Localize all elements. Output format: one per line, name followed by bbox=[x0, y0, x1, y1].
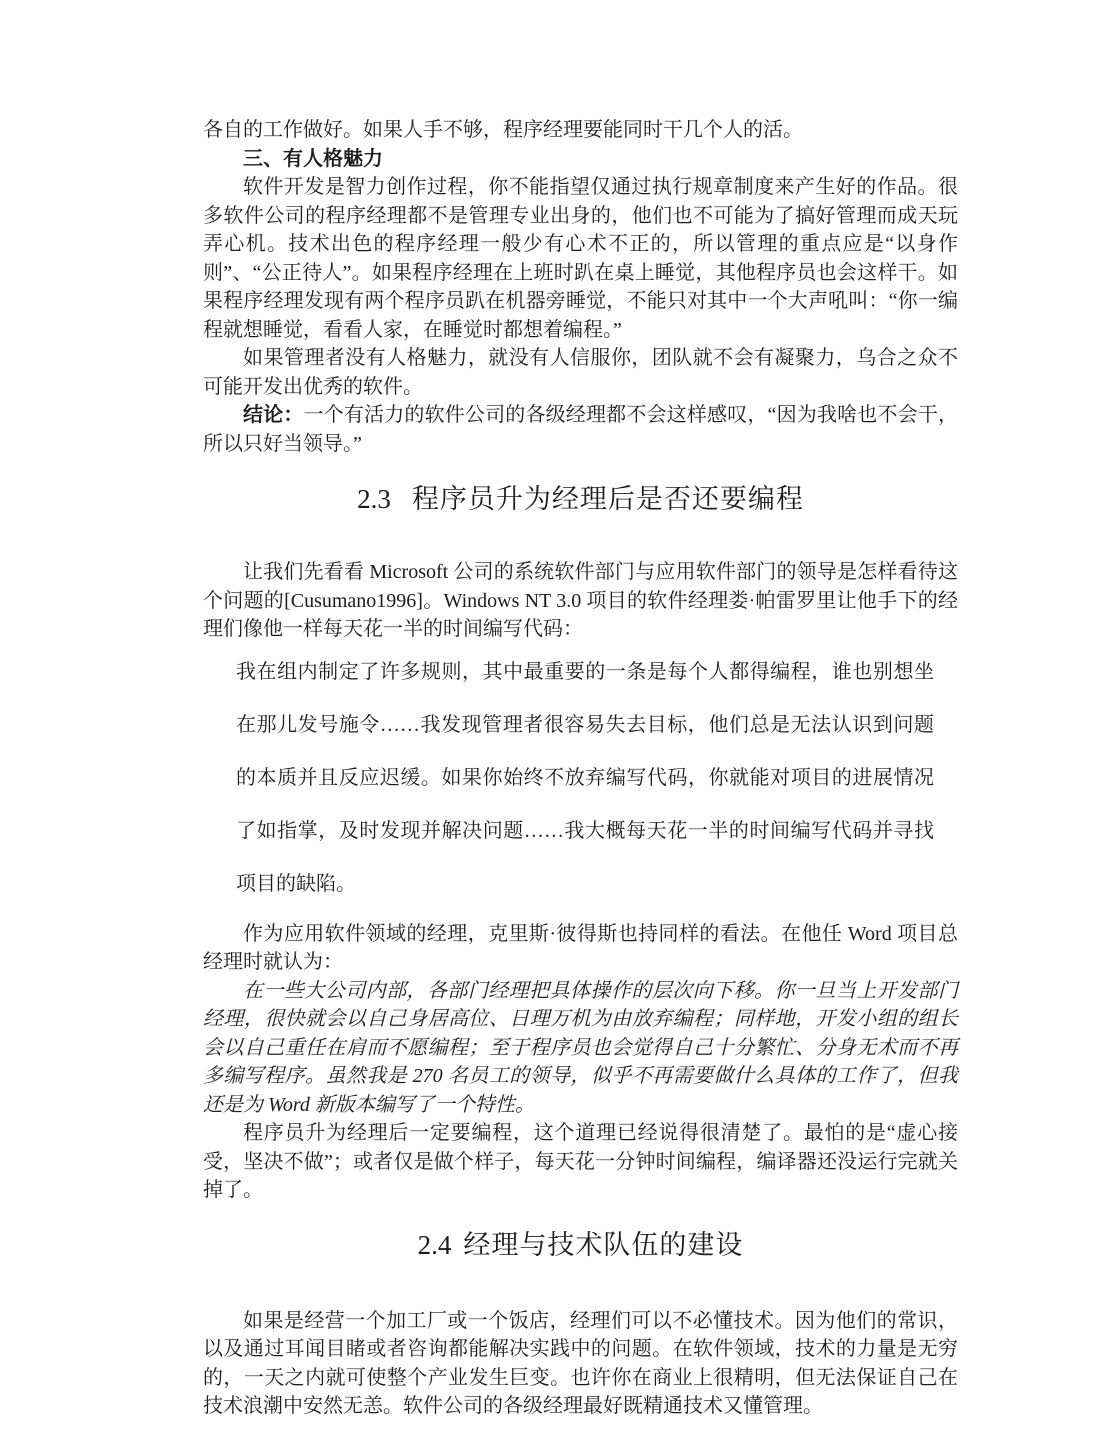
section-title-2-3: 程序员升为经理后是否还要编程 bbox=[412, 484, 804, 514]
bold-subheading-personality: 三、有人格魅力 bbox=[203, 145, 958, 174]
text-column: 各自的工作做好。如果人手不够，程序经理要能同时干几个人的活。 三、有人格魅力 软… bbox=[203, 116, 958, 1421]
section-heading-2-3: 2.3程序员升为经理后是否还要编程 bbox=[203, 483, 958, 515]
paragraph-continuation: 各自的工作做好。如果人手不够，程序经理要能同时干几个人的活。 bbox=[203, 116, 958, 145]
section-title-2-4: 经理与技术队伍的建设 bbox=[463, 1230, 743, 1260]
section-number-2-3: 2.3 bbox=[357, 484, 391, 514]
section-number-2-4: 2.4 bbox=[418, 1230, 452, 1260]
conclusion-text: 一个有活力的软件公司的各级经理都不会这样感叹，“因为我啥也不会干，所以只好当领导… bbox=[203, 404, 958, 455]
paragraph-software-creation: 软件开发是智力创作过程，你不能指望仅通过执行规章制度来产生好的作品。很多软件公司… bbox=[203, 173, 958, 344]
paragraph-tech-team-building: 如果是经营一个加工厂或一个饭店，经理们可以不必懂技术。因为他们的常识，以及通过耳… bbox=[203, 1307, 958, 1421]
document-page: 各自的工作做好。如果人手不够，程序经理要能同时干几个人的活。 三、有人格魅力 软… bbox=[0, 0, 1113, 1440]
paragraph-chris-peters-intro: 作为应用软件领域的经理，克里斯·彼得斯也持同样的看法。在他任 Word 项目总经… bbox=[203, 920, 958, 977]
paragraph-conclusion: 结论：一个有活力的软件公司的各级经理都不会这样感叹，“因为我啥也不会干，所以只好… bbox=[203, 401, 958, 458]
paragraph-microsoft-intro: 让我们先看看 Microsoft 公司的系统软件部门与应用软件部门的领导是怎样看… bbox=[203, 558, 958, 644]
conclusion-lead-label: 结论： bbox=[243, 404, 304, 426]
blockquote-chris-peters: 在一些大公司内部，各部门经理把具体操作的层次向下移。你一旦当上开发部门经理，很快… bbox=[203, 977, 958, 1120]
section-heading-2-4: 2.4经理与技术队伍的建设 bbox=[203, 1229, 958, 1261]
paragraph-managers-must-code: 程序员升为经理后一定要编程，这个道理已经说得很清楚了。最怕的是“虚心接受，坚决不… bbox=[203, 1119, 958, 1205]
paragraph-charisma: 如果管理者没有人格魅力，就没有人信服你，团队就不会有凝聚力，乌合之众不可能开发出… bbox=[203, 344, 958, 401]
blockquote-lou-perazzoli: 我在组内制定了许多规则，其中最重要的一条是每个人都得编程，谁也别想坐在那儿发号施… bbox=[203, 646, 958, 911]
